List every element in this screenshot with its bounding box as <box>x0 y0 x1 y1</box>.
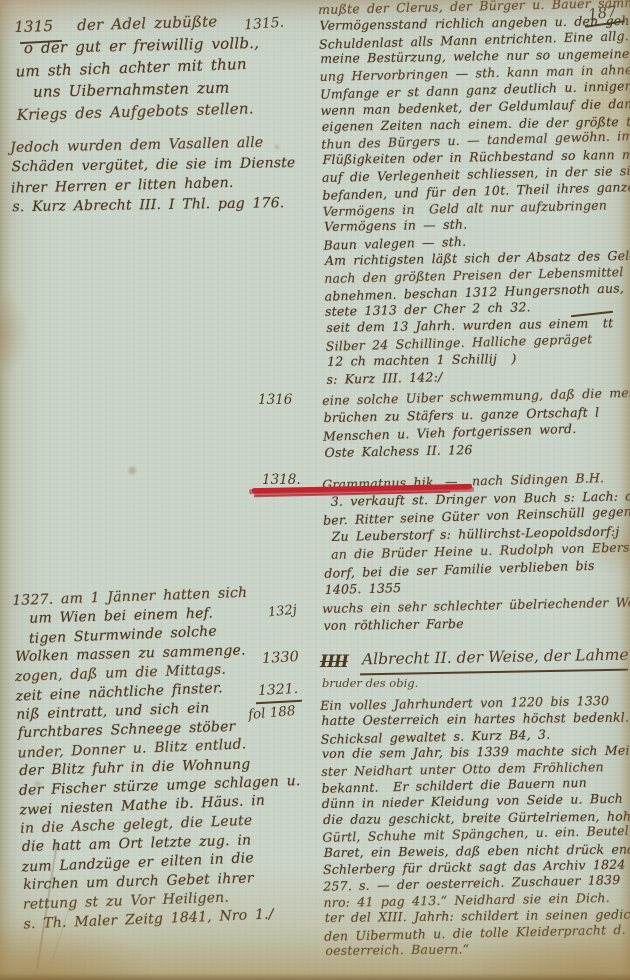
main-text-block: mußte der Clerus, der Bürger u. Bauer sa… <box>318 0 630 388</box>
margin-date-1318: 1318. <box>262 472 301 488</box>
margin-date-1315: 1315. <box>243 15 284 34</box>
left-note-1315: 1315 der Adel zubüßte o der gut er freiw… <box>14 9 253 126</box>
margin-date-132j: 132j <box>267 603 297 621</box>
left-note-vasallen: Jedoch wurden dem Vasallen alleSchäden v… <box>10 133 272 218</box>
text-line: s. Kurz Abrecht III. I Thl. pag 176. <box>12 193 272 217</box>
albrecht-paragraph: Ein volles Jahrhundert von 1220 bis 1330… <box>320 693 630 961</box>
page-bottom-edge <box>0 973 630 980</box>
text-line: von röthlicher Farbe <box>323 612 630 635</box>
text-line: oesterreich. Bauern.“ <box>325 940 630 960</box>
margin-date-1316: 1316 <box>258 392 292 408</box>
entry-1318-text: Grammatnus hik. — nach Sidingen B.H. 3. … <box>322 468 630 598</box>
left-note-1327: 1327. am 1 Jänner hatten sich um Wien be… <box>12 583 276 934</box>
text-line: Baret, ein Beweis, daß eben nicht drück … <box>324 841 630 861</box>
section-subtitle: bruder des obig. <box>322 676 418 690</box>
folio-reference: fol 188 <box>247 703 296 723</box>
manuscript-page: 187 1315 der Adel zubüßte o der gut er f… <box>0 0 630 980</box>
entry-1316-text: eine solche Uiber schwemmung, daß die me… <box>322 384 630 462</box>
section-numeral: IIII <box>320 652 348 672</box>
margin-date-1330: 1330 <box>262 649 300 667</box>
margin-date-1321: 1321. <box>258 681 299 699</box>
section-title-underline <box>360 669 628 675</box>
section-title: Albrecht II. der Weise, der Lahme. <box>362 646 630 669</box>
entry-132j-text: wuchs ein sehr schlechter übelriechender… <box>322 594 630 636</box>
